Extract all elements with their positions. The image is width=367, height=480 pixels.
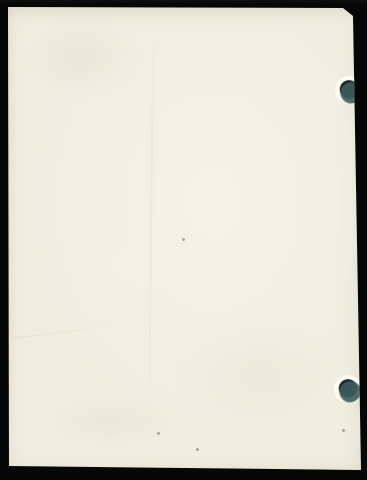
blank-scanned-page xyxy=(0,0,367,480)
paper-crease-diagonal xyxy=(12,323,131,340)
paper-speck xyxy=(342,429,346,433)
paper-speck xyxy=(157,432,161,436)
scanner-background xyxy=(0,0,367,480)
paper-speck xyxy=(196,448,200,452)
punch-hole xyxy=(335,76,363,104)
punch-hole xyxy=(334,375,362,403)
paper-crease-vertical xyxy=(148,10,155,462)
paper-speck xyxy=(182,238,186,242)
